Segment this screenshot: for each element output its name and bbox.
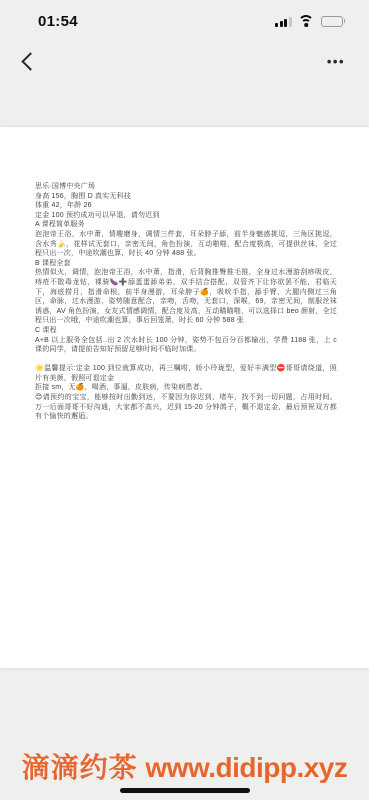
- watermark-brand: 滴滴约茶: [22, 752, 138, 783]
- document-paragraph: A 课程简单服务: [35, 220, 337, 230]
- more-options-button[interactable]: •••: [327, 55, 345, 68]
- watermark-ad[interactable]: 滴滴约茶 www.didipp.xyz: [0, 753, 369, 784]
- document-paragraph: A+B 以上服务全包括..出 2 次水时长 100 分钟，姿势不包百分百都输出，…: [35, 336, 337, 355]
- document-paragraph: 热情似火，调情，泡泡帝王浴，水中萧，指滑，后背胸推臀推毛推，全身过水漫游刮痧吸皮…: [35, 268, 337, 326]
- document-paragraph: B 课程全套: [35, 259, 337, 269]
- watermark-url[interactable]: www.didipp.xyz: [145, 752, 347, 783]
- home-indicator[interactable]: [120, 788, 250, 793]
- document-paragraph: 🌟温馨提示:定金 100 到位就算成功，再三嘱咐，娇小玲珑型，爱好丰满型⛔哥哥请…: [35, 364, 337, 383]
- document-paragraph: 😊请预约的宝宝，能够按时出勤到达，不要因为你迟到、堵车，找不到一切问题，占用时间…: [35, 393, 337, 422]
- document-paragraph: 思乐·国博中央广场: [35, 182, 337, 192]
- nav-bar: •••: [0, 44, 369, 78]
- document-paragraph: 身高 156，胸围 D 真实无科技: [35, 192, 337, 202]
- battery-icon: [321, 16, 346, 27]
- back-button[interactable]: [21, 52, 39, 70]
- status-icons: [275, 15, 345, 27]
- document-paragraph: 定金 100 预约成功可以早退，请勿迟到: [35, 211, 337, 221]
- status-bar: 01:54: [0, 8, 369, 34]
- document-paragraph: 泡泡帝王浴，水中萧，情趣磨身，调情三件套，耳朵脖子舔，前半身魅惑挑逗，三角区挑逗…: [35, 230, 337, 259]
- document-paragraph: 拒接 sm，无🍊，喝酒，事逼，皮肤病，传染病患者。: [35, 383, 337, 393]
- document-paragraph: 体重 42，年龄 26: [35, 201, 337, 211]
- status-time: 01:54: [38, 13, 78, 30]
- photo-page[interactable]: 思乐·国博中央广场身高 156，胸围 D 真实无科技体重 42，年龄 26定金 …: [0, 127, 369, 668]
- document-paragraph: C 课程: [35, 326, 337, 336]
- document-text: 思乐·国博中央广场身高 156，胸围 D 真实无科技体重 42，年龄 26定金 …: [35, 182, 337, 422]
- wifi-icon: [298, 15, 315, 27]
- document-paragraph: [35, 355, 337, 365]
- cellular-signal-icon: [275, 16, 292, 27]
